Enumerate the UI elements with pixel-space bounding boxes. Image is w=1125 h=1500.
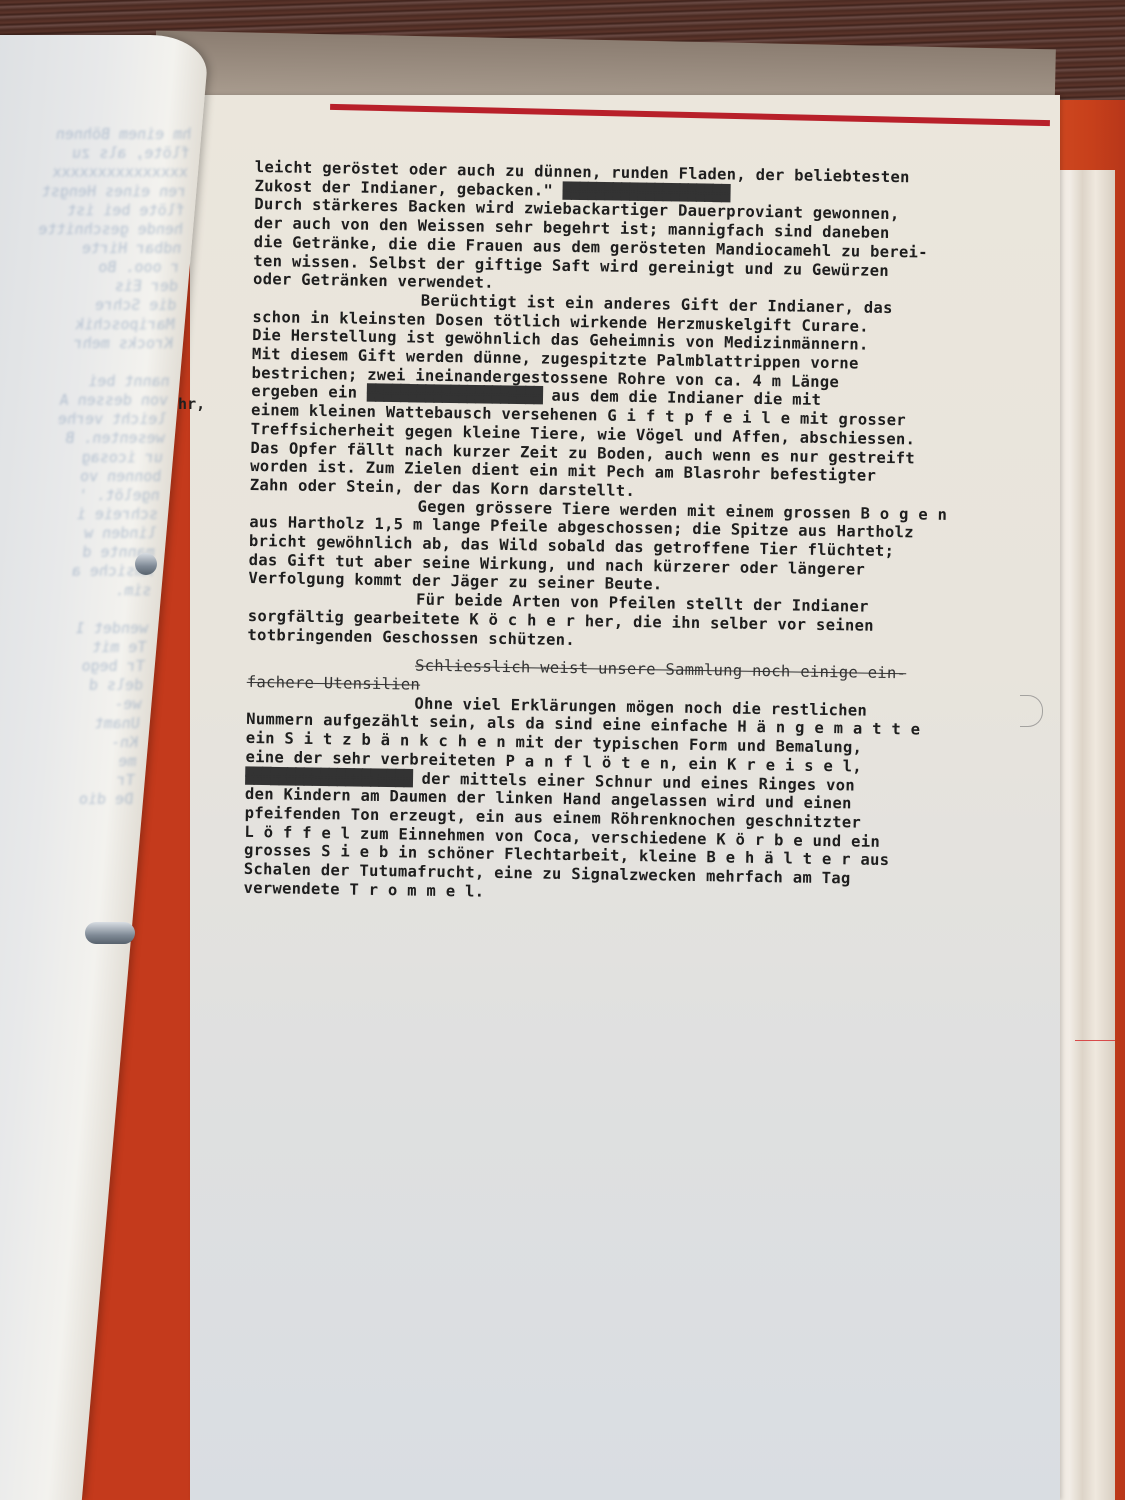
typewritten-body: leicht geröstet oder auch zu dünnen, run… bbox=[243, 158, 1045, 910]
binder-ring-lower bbox=[85, 922, 135, 944]
crossed-out-word: █████████████████████ bbox=[367, 384, 542, 405]
crossed-out-word: ████████████████████ bbox=[245, 766, 412, 787]
binder-ring-upper bbox=[135, 553, 157, 575]
crossed-out-word: ████████████████████ bbox=[563, 182, 730, 203]
turned-left-page[interactable]: hm einem Böhnen flöte, als zu xxxxxxxxxx… bbox=[0, 35, 210, 1500]
bleed-through-text: hm einem Böhnen flöte, als zu xxxxxxxxxx… bbox=[0, 125, 192, 809]
red-ruled-line bbox=[1075, 1040, 1115, 1041]
